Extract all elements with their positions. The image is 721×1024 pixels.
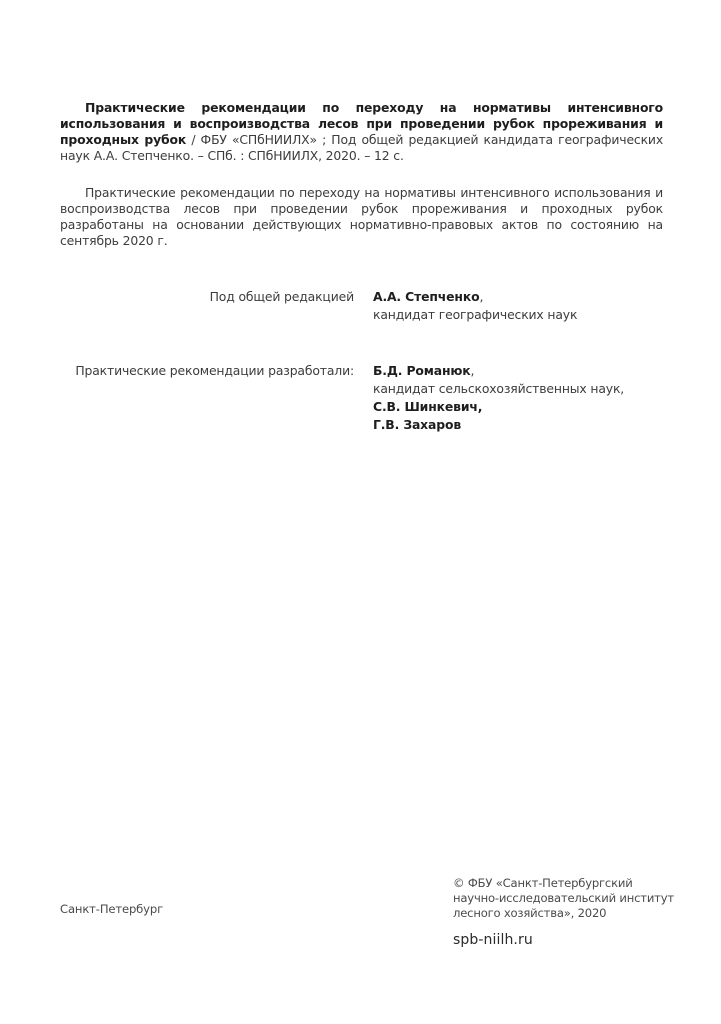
publication-city: Санкт-Петербург — [60, 902, 163, 916]
editor-degree: кандидат географических наук — [373, 306, 577, 324]
description-text: Практические рекомендации по переходу на… — [60, 185, 663, 248]
editor-values: А.А. Степченко, кандидат географических … — [373, 288, 577, 324]
author-name: Б.Д. Романюк — [373, 363, 471, 378]
editor-label: Под общей редакцией — [210, 288, 354, 306]
authors-label: Практические рекомендации разработали: — [75, 362, 354, 380]
author-degree: кандидат сельскохозяйственных наук, — [373, 380, 624, 398]
description-paragraph: Практические рекомендации по переходу на… — [60, 185, 663, 249]
author-name-suffix: , — [471, 363, 475, 378]
bibliographic-record: Практические рекомендации по переходу на… — [60, 100, 663, 164]
editor-name-suffix: , — [479, 289, 483, 304]
editor-name: А.А. Степченко — [373, 289, 479, 304]
author-name: С.В. Шинкевич, — [373, 398, 624, 416]
author-name: Г.В. Захаров — [373, 416, 624, 434]
copyright-notice: © ФБУ «Санкт-Петербургский научно-исслед… — [453, 876, 678, 921]
website-link[interactable]: spb-niilh.ru — [453, 932, 533, 948]
authors-values: Б.Д. Романюк, кандидат сельскохозяйствен… — [373, 362, 624, 434]
